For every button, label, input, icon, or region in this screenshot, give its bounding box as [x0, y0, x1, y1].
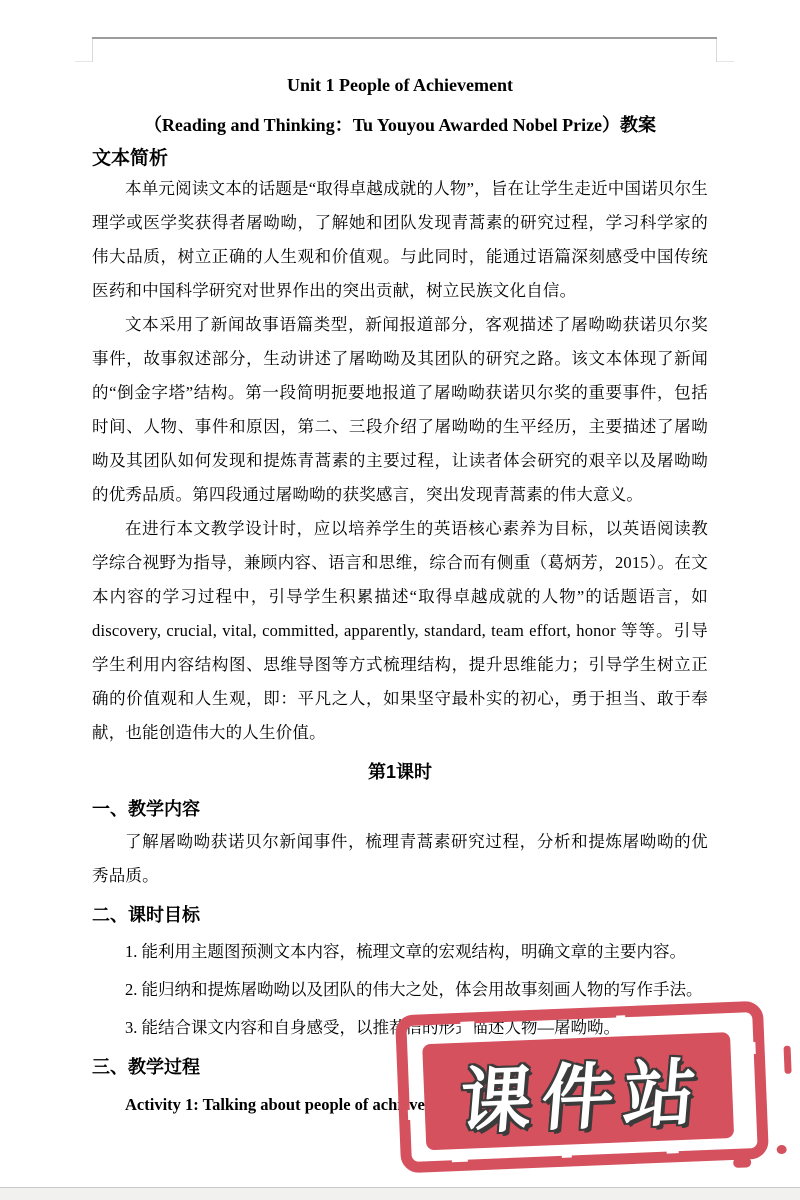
- document-body: Unit 1 People of Achievement （Reading an…: [92, 62, 708, 1122]
- page-title: Unit 1 People of Achievement: [92, 70, 708, 100]
- horizontal-scrollbar-track[interactable]: [0, 1187, 800, 1200]
- objective-item: 2. 能归纳和提炼屠呦呦以及团队的伟大之处，体会用故事刻画人物的写作手法。: [92, 973, 708, 1007]
- teaching-content-paragraph: 了解屠呦呦获诺贝尔新闻事件，梳理青蒿素研究过程，分析和提炼屠呦呦的优秀品质。: [92, 825, 708, 893]
- stamp-ink-mark: [776, 1145, 786, 1154]
- corner-mark: [92, 39, 93, 62]
- corner-mark: [75, 61, 92, 62]
- analysis-paragraph: 本单元阅读文本的话题是“取得卓越成就的人物”，旨在让学生走近中国诺贝尔生理学或医…: [92, 172, 708, 308]
- document-page: Unit 1 People of Achievement （Reading an…: [0, 0, 800, 1200]
- stamp-text: 课件站: [446, 1034, 710, 1149]
- page-margin-boundary: [92, 37, 717, 39]
- page-subtitle: （Reading and Thinking：Tu Youyou Awarded …: [92, 110, 708, 140]
- watermark-stamp: 课件站: [395, 1001, 769, 1174]
- corner-mark: [717, 61, 734, 62]
- stamp-background: 课件站: [422, 1032, 734, 1150]
- stamp-ink-mark: [784, 1046, 792, 1074]
- stamp-ink-mark: [733, 1157, 751, 1168]
- section-heading-lesson-objectives: 二、课时目标: [92, 899, 708, 931]
- analysis-paragraph: 在进行本文教学设计时，应以培养学生的英语核心素养为目标，以英语阅读教学综合视野为…: [92, 512, 708, 750]
- corner-mark: [716, 39, 717, 62]
- analysis-heading: 文本简析: [92, 146, 708, 172]
- lesson-title: 第1课时: [92, 757, 708, 787]
- analysis-paragraph: 文本采用了新闻故事语篇类型，新闻报道部分，客观描述了屠呦呦获诺贝尔奖事件，故事叙…: [92, 308, 708, 512]
- objective-item: 1. 能利用主题图预测文本内容，梳理文章的宏观结构，明确文章的主要内容。: [92, 935, 708, 969]
- section-heading-teaching-content: 一、教学内容: [92, 793, 708, 825]
